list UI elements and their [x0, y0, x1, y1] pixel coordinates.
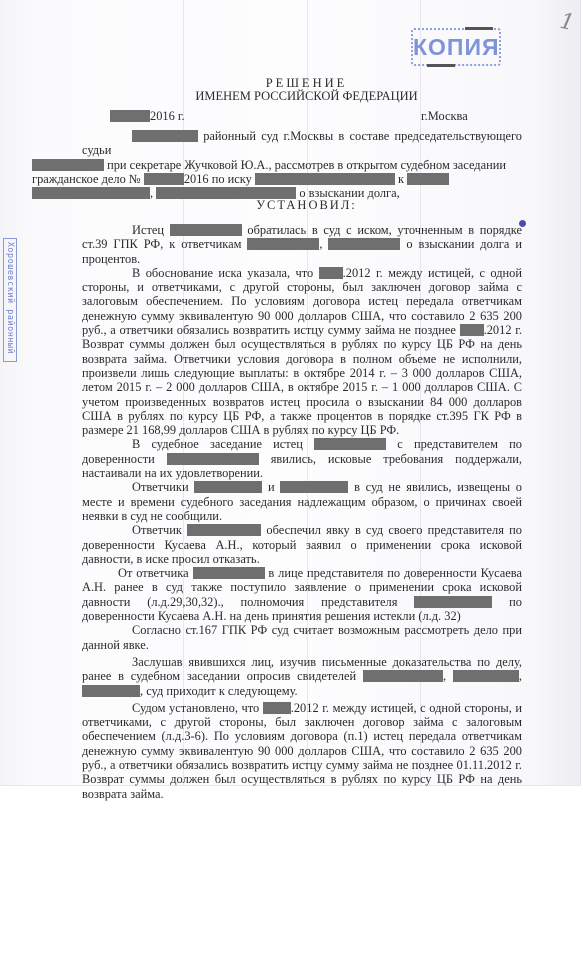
redaction — [414, 596, 492, 608]
redaction — [460, 324, 484, 336]
redaction — [280, 481, 348, 493]
redaction — [194, 481, 262, 493]
redaction — [328, 238, 400, 250]
document-subtitle: ИМЕНЕМ РОССИЙСКОЙ ФЕДЕРАЦИИ — [0, 89, 583, 103]
redaction — [110, 110, 150, 122]
redaction — [132, 130, 198, 142]
redaction — [193, 567, 265, 579]
redaction — [187, 524, 261, 536]
section-title: УСТАНОВИЛ: — [0, 198, 583, 212]
court-side-stamp-text: Хорошевский районный — [5, 237, 15, 359]
paragraph: От ответчика в лице представителя по дов… — [82, 566, 522, 623]
document-title: РЕШЕНИЕ — [0, 76, 583, 90]
redaction — [363, 670, 443, 682]
stamp-redaction — [427, 64, 455, 67]
paragraph: В судебное заседание истец с представите… — [82, 437, 522, 480]
body-text: Истец обратилась в суд с иском, уточненн… — [82, 223, 522, 801]
paragraph: Судом установлено, что .2012 г. между ис… — [82, 701, 522, 801]
redaction — [144, 173, 184, 185]
redaction — [319, 267, 343, 279]
redaction — [407, 173, 449, 185]
redaction — [453, 670, 519, 682]
intro-paragraph: районный суд г.Москвы в составе председа… — [82, 129, 522, 200]
redaction — [247, 238, 319, 250]
court-side-stamp: Хорошевский районный — [3, 238, 17, 362]
copy-stamp-word: КОПИЯ — [413, 34, 499, 60]
paragraph: Истец обратилась в суд с иском, уточненн… — [82, 223, 522, 266]
redaction — [170, 224, 242, 236]
paragraph: В обоснование иска указала, что .2012 г.… — [82, 266, 522, 438]
redaction — [82, 685, 140, 697]
redaction — [314, 438, 386, 450]
decision-date: 2016 г. — [110, 109, 185, 123]
copy-stamp: КОПИЯ — [411, 28, 501, 66]
redaction — [32, 159, 104, 171]
paragraph: Заслушав явившихся лиц, изучив письменны… — [82, 655, 522, 698]
decision-city: г.Москва — [421, 109, 468, 123]
paragraph: Ответчики и в суд не явились, извещены о… — [82, 480, 522, 523]
paragraph: Ответчик обеспечил явку в суд своего пре… — [82, 523, 522, 566]
redaction — [263, 702, 291, 714]
redaction — [255, 173, 395, 185]
paragraph: Согласно ст.167 ГПК РФ суд считает возмо… — [82, 623, 522, 652]
stamp-redaction — [465, 27, 493, 30]
redaction — [167, 453, 259, 465]
